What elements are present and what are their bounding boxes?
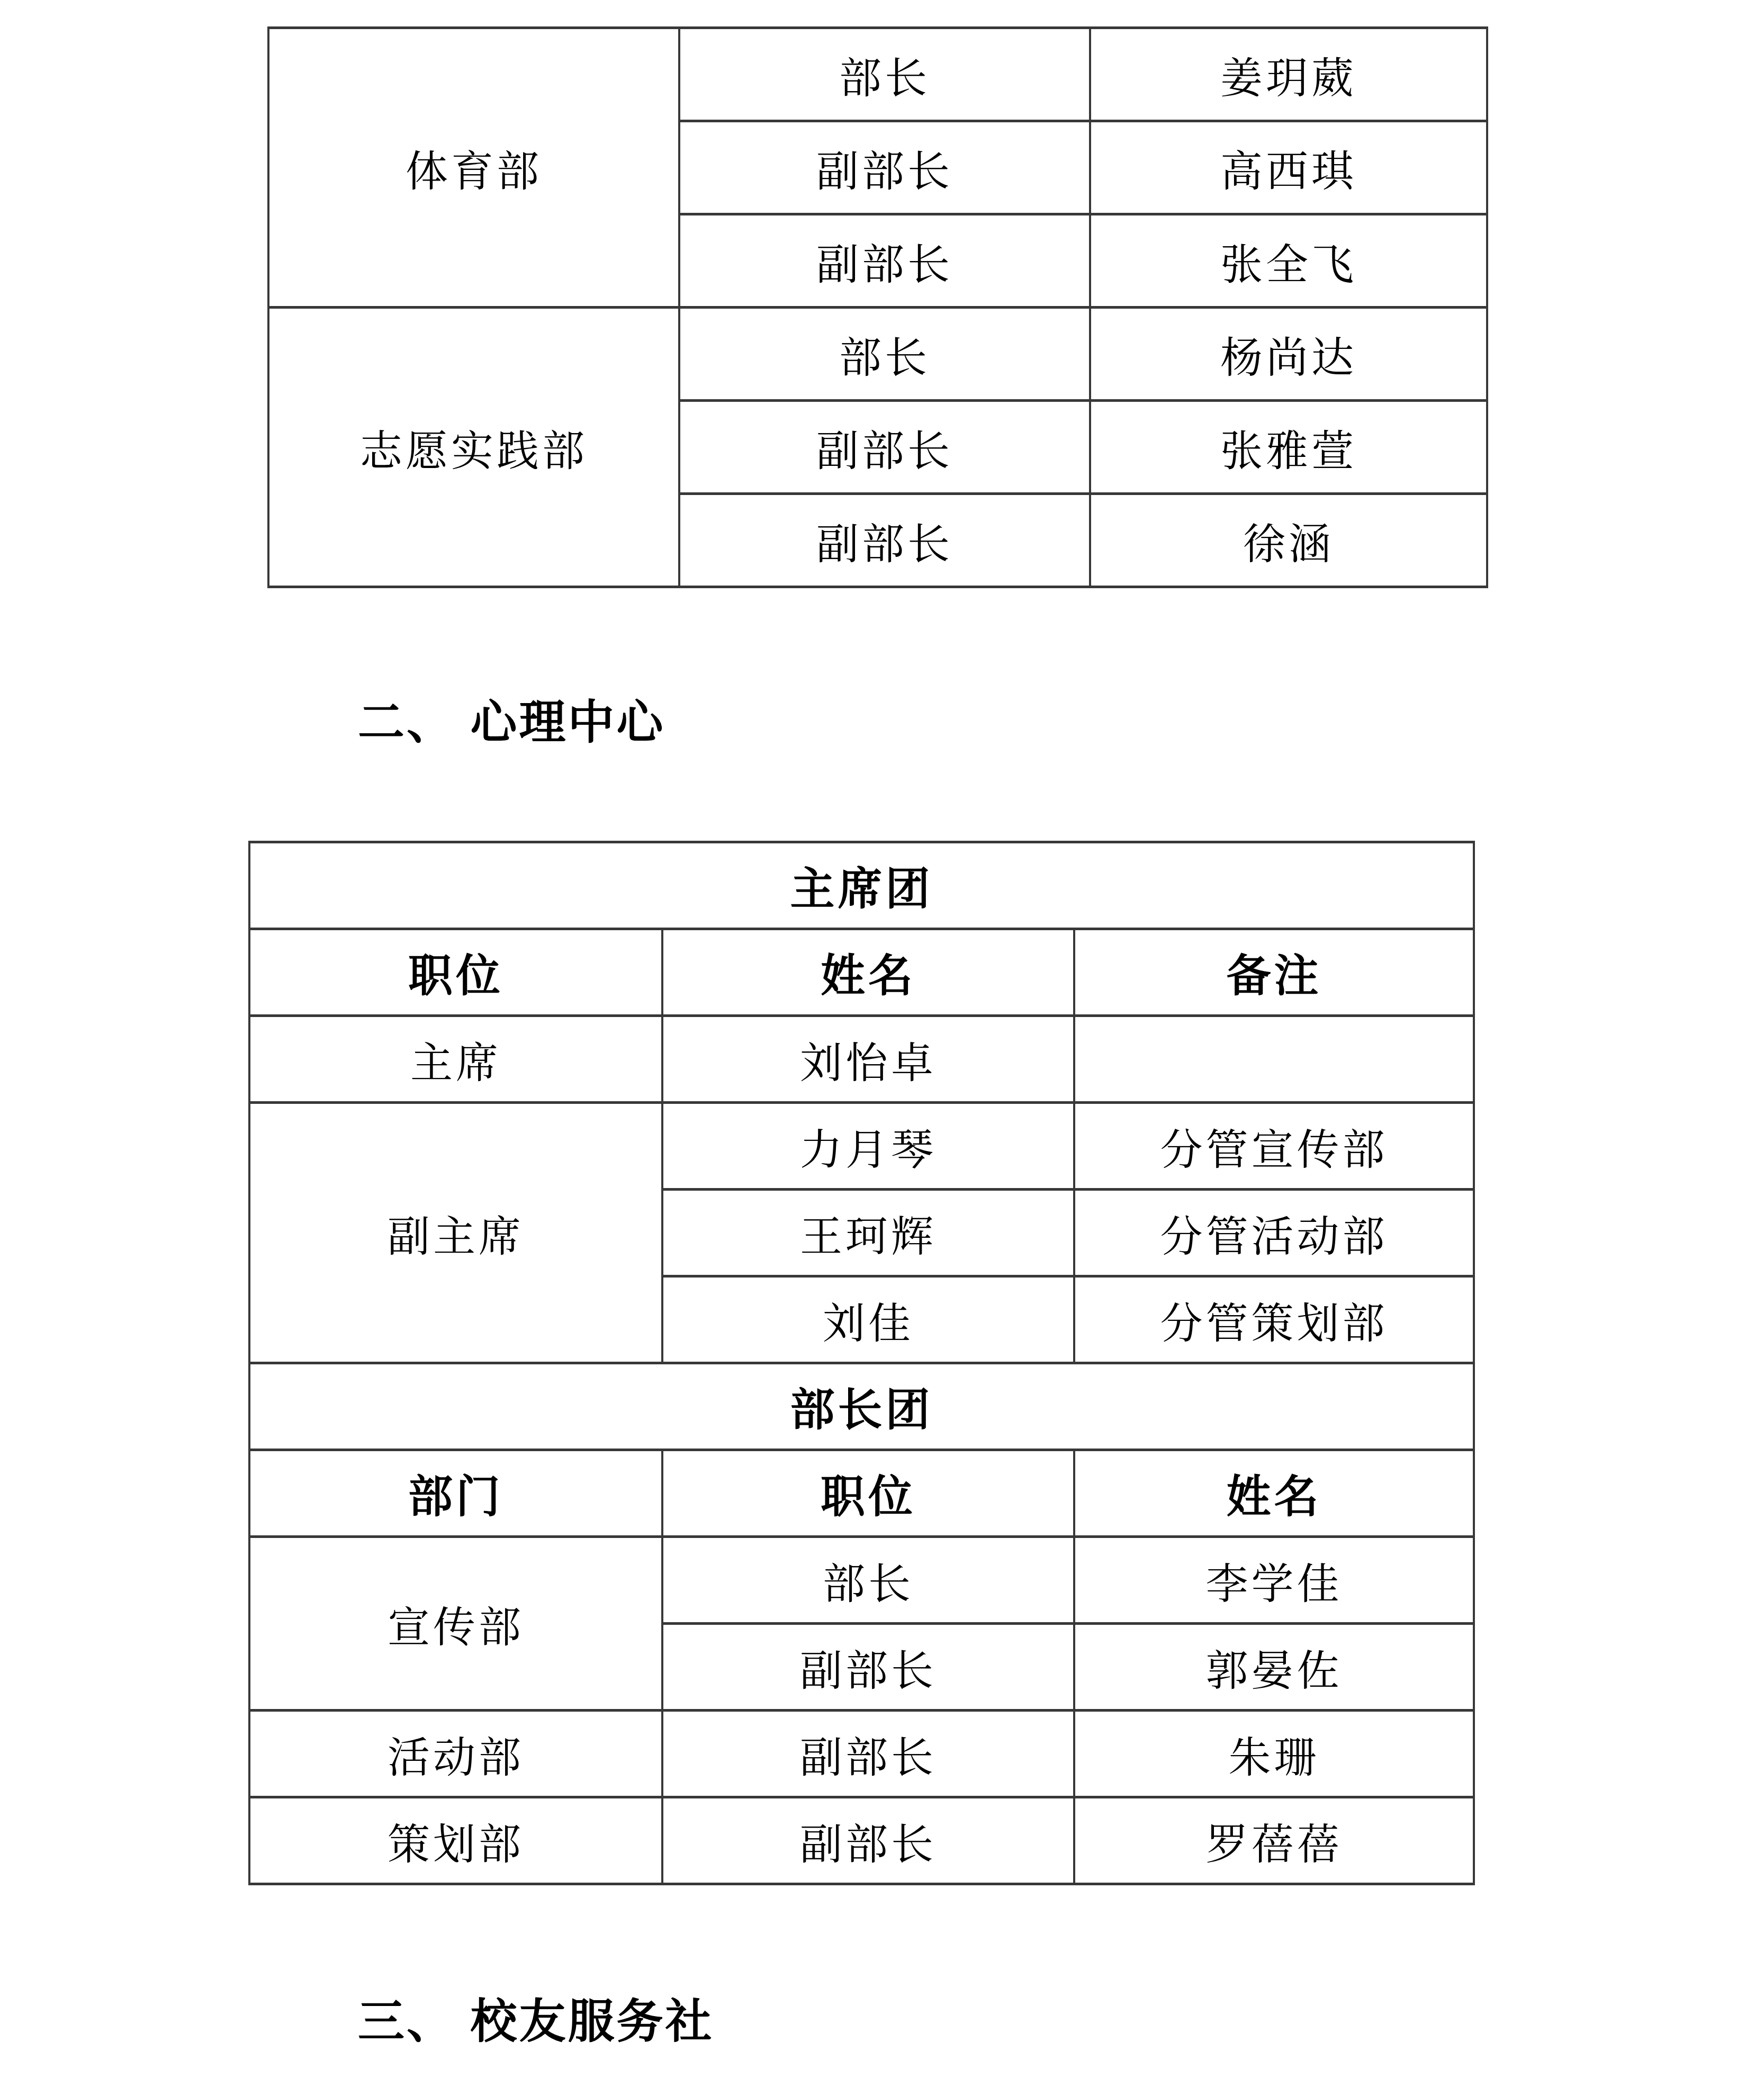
header-department: 部门 [249, 1450, 662, 1537]
note-cell: 分管活动部 [1074, 1190, 1474, 1276]
position-cell: 副主席 [249, 1103, 662, 1363]
note-cell: 分管策划部 [1074, 1276, 1474, 1363]
position-cell: 副部长 [662, 1797, 1074, 1884]
department-cell: 策划部 [249, 1797, 662, 1884]
name-cell: 朱珊 [1074, 1711, 1474, 1797]
table-row: 主席团 [249, 842, 1474, 929]
header-position: 职位 [249, 929, 662, 1016]
position-cell: 部长 [662, 1537, 1074, 1624]
header-name: 姓名 [1074, 1450, 1474, 1537]
position-cell: 部长 [679, 28, 1090, 121]
position-cell: 副部长 [679, 214, 1090, 308]
table-row: 部长团 [249, 1363, 1474, 1450]
department-cell: 宣传部 [249, 1537, 662, 1711]
table-row: 职位 姓名 备注 [249, 929, 1474, 1016]
table-row: 志愿实践部 部长 杨尚达 [268, 308, 1487, 401]
ministers-caption-cell: 部长团 [249, 1363, 1474, 1450]
name-cell: 力月琴 [662, 1103, 1074, 1190]
name-cell: 姜玥葳 [1090, 28, 1487, 121]
table-row: 体育部 部长 姜玥葳 [268, 28, 1487, 121]
note-cell [1074, 1016, 1474, 1103]
table-row: 宣传部 部长 李学佳 [249, 1537, 1474, 1624]
position-cell: 副部长 [662, 1711, 1074, 1797]
header-position: 职位 [662, 1450, 1074, 1537]
position-cell: 副部长 [679, 494, 1090, 587]
department-cell: 活动部 [249, 1711, 662, 1797]
section-heading-psych-center: 二、 心理中心 [358, 699, 665, 745]
table-row: 主席 刘怡卓 [249, 1016, 1474, 1103]
name-cell: 郭晏佐 [1074, 1624, 1474, 1711]
name-cell: 徐涵 [1090, 494, 1487, 587]
section-heading-alumni-service: 三、 校友服务社 [358, 1998, 714, 2045]
name-cell: 杨尚达 [1090, 308, 1487, 401]
department-cell: 志愿实践部 [268, 308, 679, 587]
position-cell: 副部长 [679, 401, 1090, 494]
table-row: 活动部 副部长 朱珊 [249, 1711, 1474, 1797]
presidium-caption-cell: 主席团 [249, 842, 1474, 929]
name-cell: 刘怡卓 [662, 1016, 1074, 1103]
document-page: 体育部 部长 姜玥葳 副部长 高西琪 副部长 张全飞 志愿实践部 部长 杨尚达 … [0, 0, 1764, 2078]
name-cell: 王珂辉 [662, 1190, 1074, 1276]
table-row: 策划部 副部长 罗蓓蓓 [249, 1797, 1474, 1884]
psych-center-table: 主席团 职位 姓名 备注 主席 刘怡卓 副主席 力月琴 分管宣传部 王珂辉 分管… [248, 841, 1475, 1885]
name-cell: 张全飞 [1090, 214, 1487, 308]
position-cell: 副部长 [662, 1624, 1074, 1711]
note-cell: 分管宣传部 [1074, 1103, 1474, 1190]
name-cell: 罗蓓蓓 [1074, 1797, 1474, 1884]
department-cell: 体育部 [268, 28, 679, 308]
header-name: 姓名 [662, 929, 1074, 1016]
table-row: 副主席 力月琴 分管宣传部 [249, 1103, 1474, 1190]
header-note: 备注 [1074, 929, 1474, 1016]
table-row: 部门 职位 姓名 [249, 1450, 1474, 1537]
name-cell: 李学佳 [1074, 1537, 1474, 1624]
position-cell: 主席 [249, 1016, 662, 1103]
name-cell: 刘佳 [662, 1276, 1074, 1363]
position-cell: 副部长 [679, 121, 1090, 214]
position-cell: 部长 [679, 308, 1090, 401]
department-roster-table: 体育部 部长 姜玥葳 副部长 高西琪 副部长 张全飞 志愿实践部 部长 杨尚达 … [267, 26, 1488, 588]
name-cell: 张雅萱 [1090, 401, 1487, 494]
name-cell: 高西琪 [1090, 121, 1487, 214]
